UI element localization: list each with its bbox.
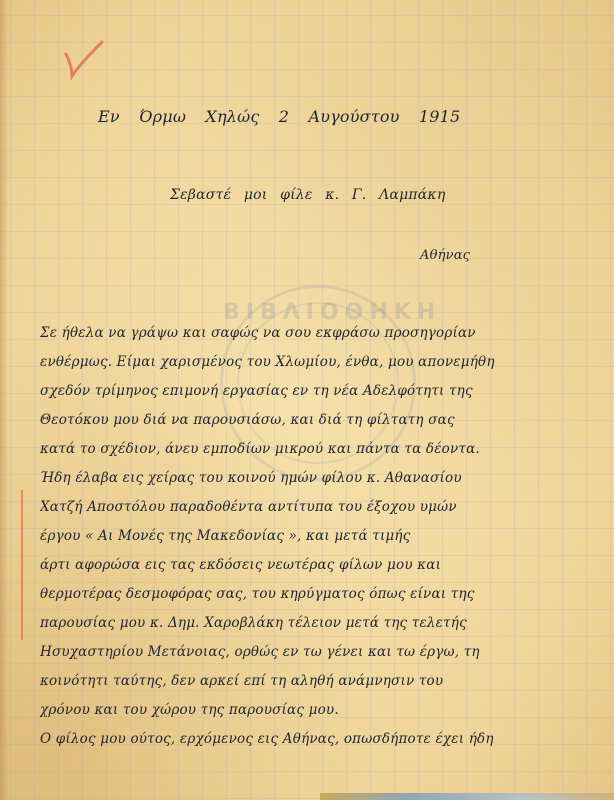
letter-date-line: Εν Όρμω Χηλώς 2 Αυγούστου 1915	[98, 107, 460, 126]
body-line: Ο φίλος μου ούτος, ερχόμενος εις Αθήνας,…	[40, 731, 595, 747]
body-line: χρόνου και του χώρου της παρουσίας μου.	[40, 702, 595, 718]
body-line: σχεδόν τρίμηνος επιμονή εργασίας εν τη ν…	[40, 383, 595, 399]
body-line: Σε ήθελα να γράψω και σαφώς να σου εκφρά…	[40, 325, 595, 341]
red-margin-line	[21, 490, 23, 640]
body-line: Χατζή Αποστόλου παραδοθέντα αντίτυπα του…	[40, 499, 595, 515]
body-line: Ησυχαστηρίου Μετάνοιας, ορθώς εν τω γένε…	[40, 644, 595, 660]
body-line: ενθέρμως. Είμαι χαρισμένος του Χλωμίου, …	[40, 354, 595, 370]
body-line: άρτι αφορώσα εις τας εκδόσεις νεωτέρας φ…	[40, 557, 595, 573]
body-line: κοινότητι ταύτης, δεν αρκεί επί τη αληθή…	[40, 673, 595, 689]
stamp-text: ΒΙΒΛΙΟΘΗΚΗ	[223, 300, 413, 325]
body-line: Ήδη έλαβα εις χείρας του κοινού ημών φίλ…	[40, 470, 595, 486]
body-line: έργου « Αι Μονές της Μακεδονίας », και μ…	[40, 528, 595, 544]
red-check-mark-icon	[62, 40, 112, 90]
scan-bottom-edge	[320, 793, 614, 800]
body-line: Θεοτόκου μου διά να παρουσιάσω, και διά …	[40, 412, 595, 428]
body-line: θερμοτέρας δεσμοφόρας σας, του κηρύγματο…	[40, 586, 595, 602]
letter-salutation: Σεβαστέ μοι φίλε κ. Γ. Λαμπάκη	[170, 187, 445, 203]
letter-place: Αθήνας	[420, 248, 470, 263]
body-line: κατά το σχέδιον, άνευ εμποδίων μικρού κα…	[40, 441, 595, 457]
paper-edge-shadow	[0, 0, 8, 800]
body-line: παρουσίας μου κ. Δημ. Χαροβλάκη τέλειον …	[40, 615, 595, 631]
